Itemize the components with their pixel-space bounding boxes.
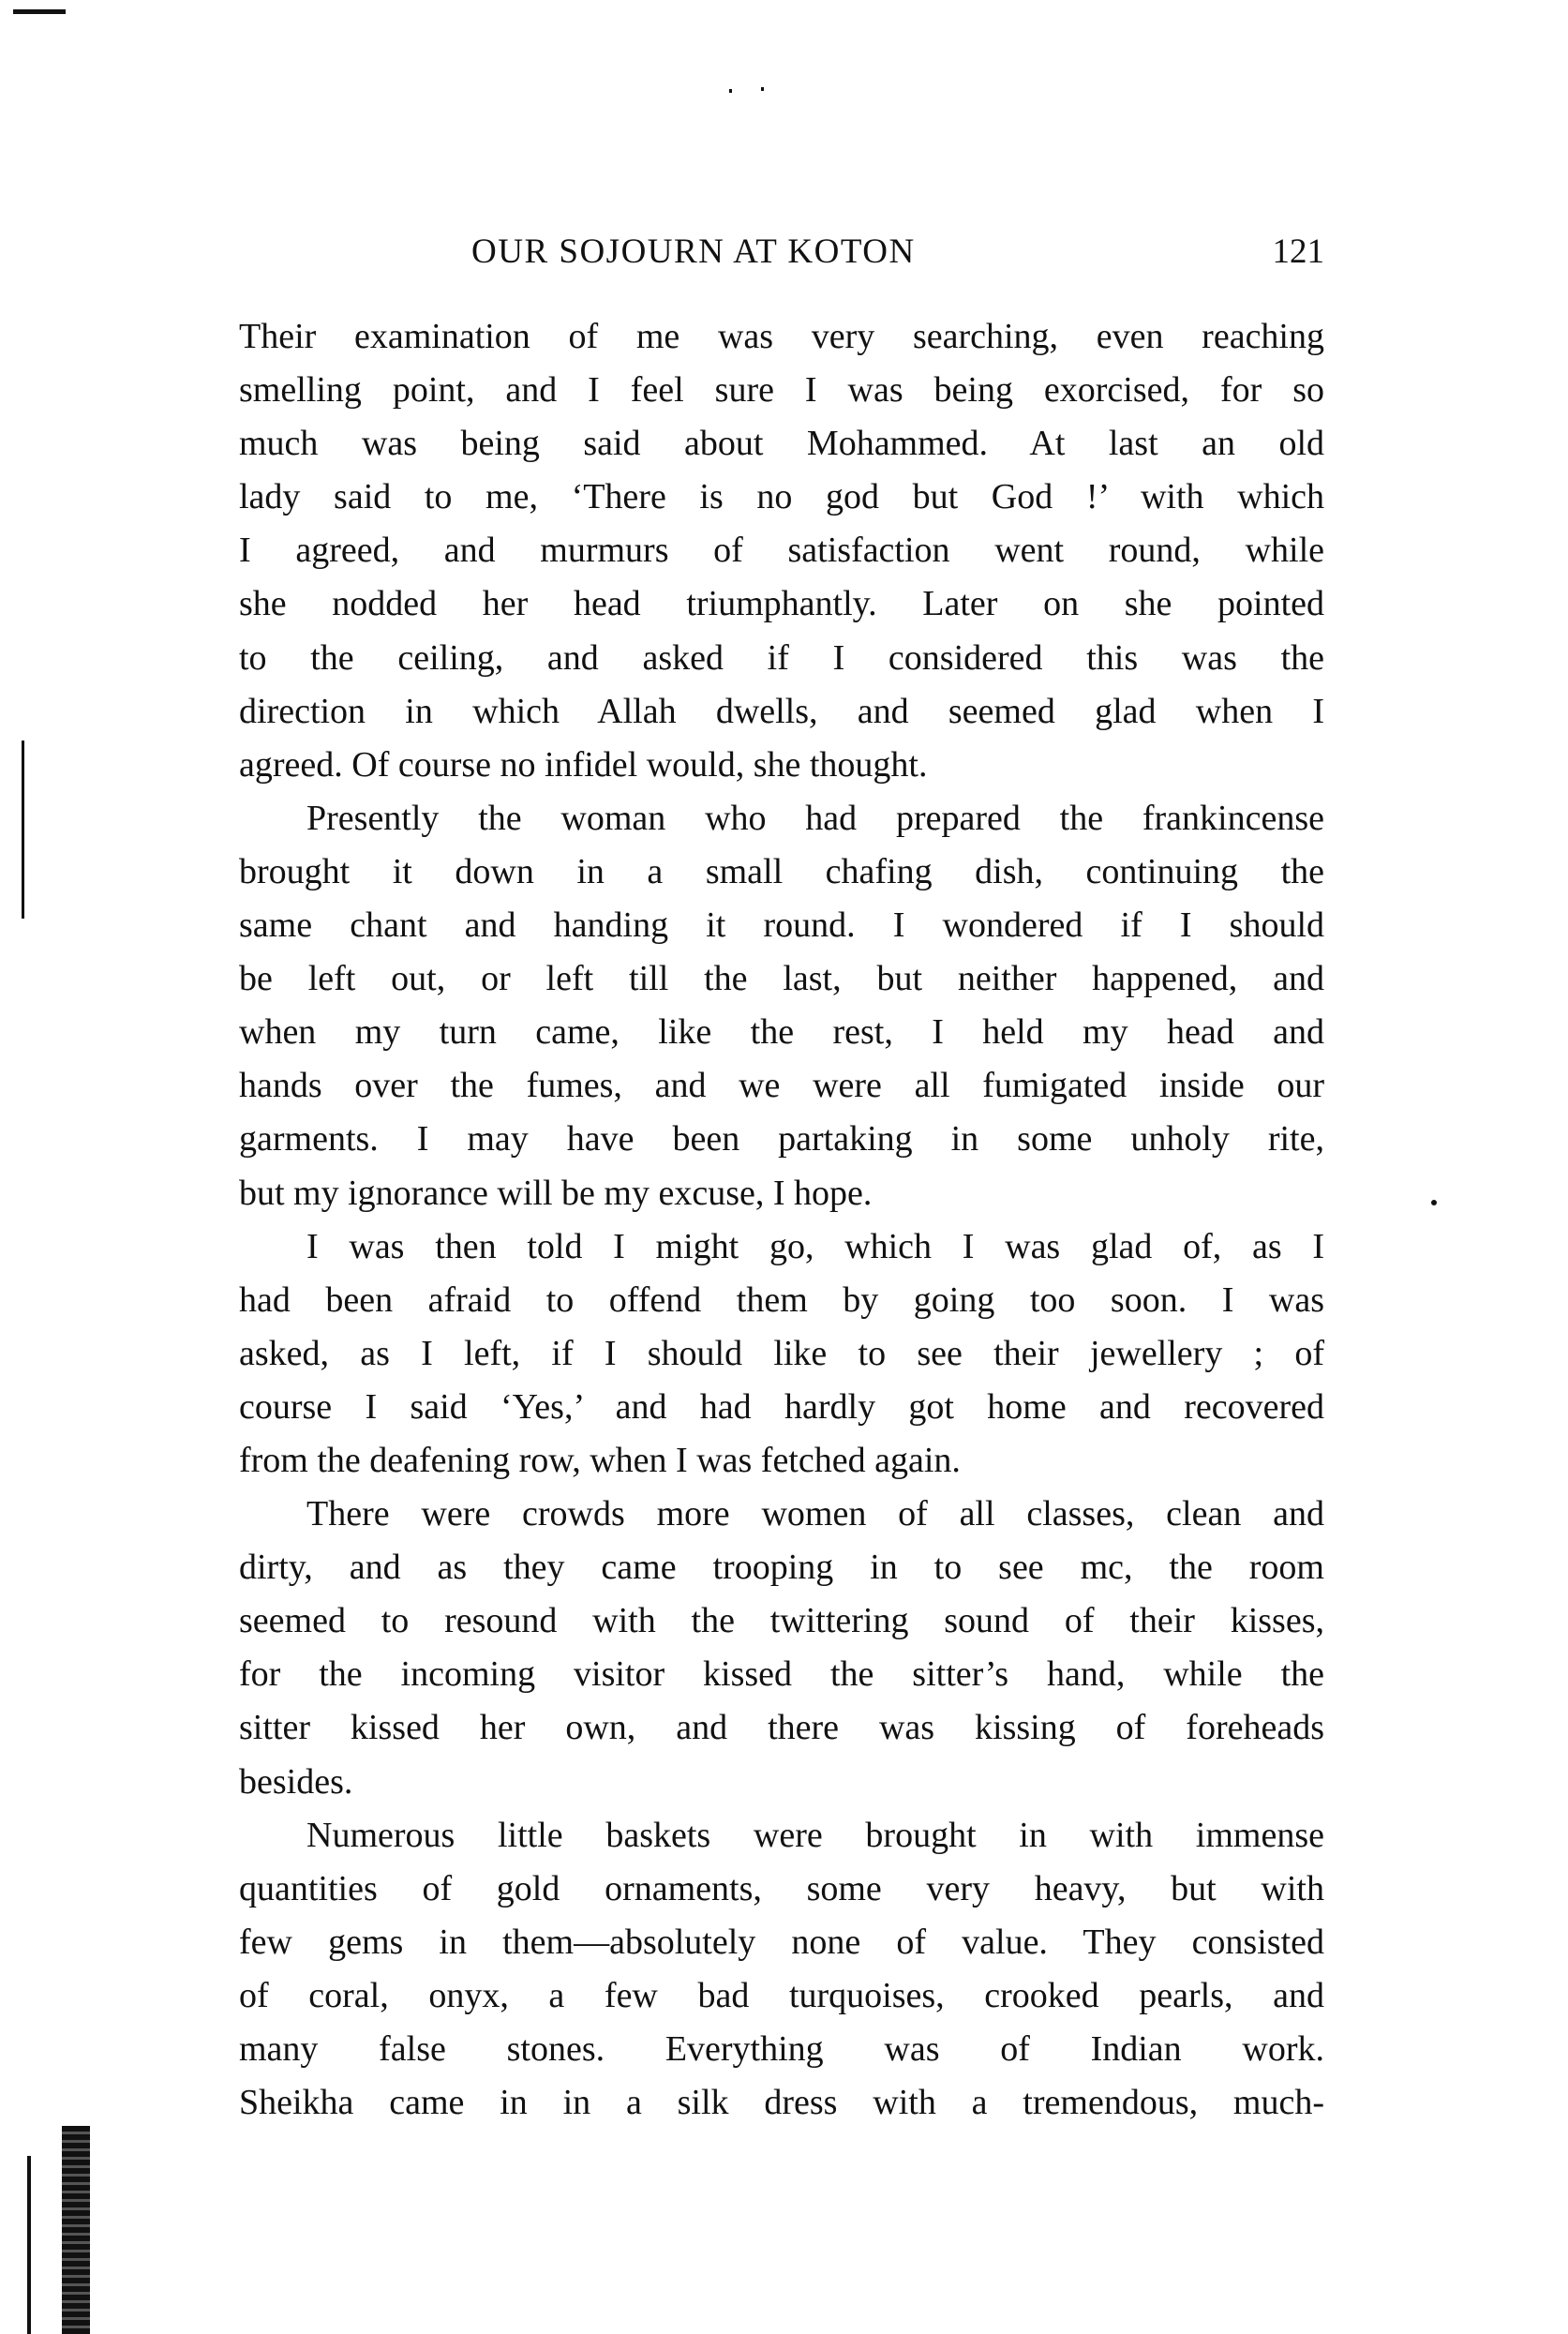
text-line: garments. I may have been partaking in s… [239,1113,1324,1166]
scan-dot-top-2 [761,87,764,91]
text-line: asked, as I left, if I should like to se… [239,1327,1324,1381]
text-line: besides. [239,1756,1324,1809]
text-line: agreed. Of course no infidel would, she … [239,739,1324,792]
scan-bar-left-bottom [62,2126,90,2334]
page-number: 121 [1273,230,1325,275]
text-line: of coral, onyx, a few bad turquoises, cr… [239,1969,1324,2023]
text-line: she nodded her head triumphantly. Later … [239,577,1324,631]
scan-line-left-bottom [27,2156,31,2334]
text-line: I agreed, and murmurs of satisfaction we… [239,524,1324,577]
book-page: OUR SOJOURN AT KOTON 121 Their examinati… [0,0,1568,2334]
text-line: lady said to me, ‘There is no god but Go… [239,471,1324,524]
text-line: brought it down in a small chafing dish,… [239,845,1324,899]
scan-dot-top-1 [729,89,732,93]
text-line: for the incoming visitor kissed the sitt… [239,1648,1324,1701]
text-line: sitter kissed her own, and there was kis… [239,1701,1324,1755]
text-line: Sheikha came in in a silk dress with a t… [239,2076,1324,2130]
running-head: OUR SOJOURN AT KOTON 121 [239,230,1324,275]
body-text: Their examination of me was very searchi… [239,310,1324,2130]
scan-line-left-mid [22,741,24,919]
text-line: when my turn came, like the rest, I held… [239,1006,1324,1059]
text-line: seemed to resound with the twittering so… [239,1594,1324,1648]
text-line: many false stones. Everything was of Ind… [239,2023,1324,2076]
text-line: I was then told I might go, which I was … [239,1220,1324,1274]
text-line: much was being said about Mohammed. At l… [239,417,1324,471]
text-line: hands over the fumes, and we were all fu… [239,1059,1324,1113]
text-line: be left out, or left till the last, but … [239,952,1324,1006]
text-line: There were crowds more women of all clas… [239,1488,1324,1541]
text-line: quantities of gold ornaments, some very … [239,1863,1324,1916]
text-line: Presently the woman who had prepared the… [239,792,1324,845]
text-line: few gems in them—absolutely none of valu… [239,1916,1324,1969]
text-line: same chant and handing it round. I wonde… [239,899,1324,952]
text-line: from the deafening row, when I was fetch… [239,1434,1324,1488]
text-line: had been afraid to offend them by going … [239,1274,1324,1327]
text-line: smelling point, and I feel sure I was be… [239,364,1324,417]
text-line: Their examination of me was very searchi… [239,310,1324,364]
scan-mark-top-left [13,9,66,14]
text-line: Numerous little baskets were brought in … [239,1809,1324,1863]
scan-dot-right [1431,1200,1437,1205]
text-line: but my ignorance will be my excuse, I ho… [239,1167,1324,1220]
text-line: course I said ‘Yes,’ and had hardly got … [239,1381,1324,1434]
text-line: direction in which Allah dwells, and see… [239,685,1324,739]
running-title: OUR SOJOURN AT KOTON [471,230,916,275]
text-line: to the ceiling, and asked if I considere… [239,632,1324,685]
text-line: dirty, and as they came trooping in to s… [239,1541,1324,1594]
